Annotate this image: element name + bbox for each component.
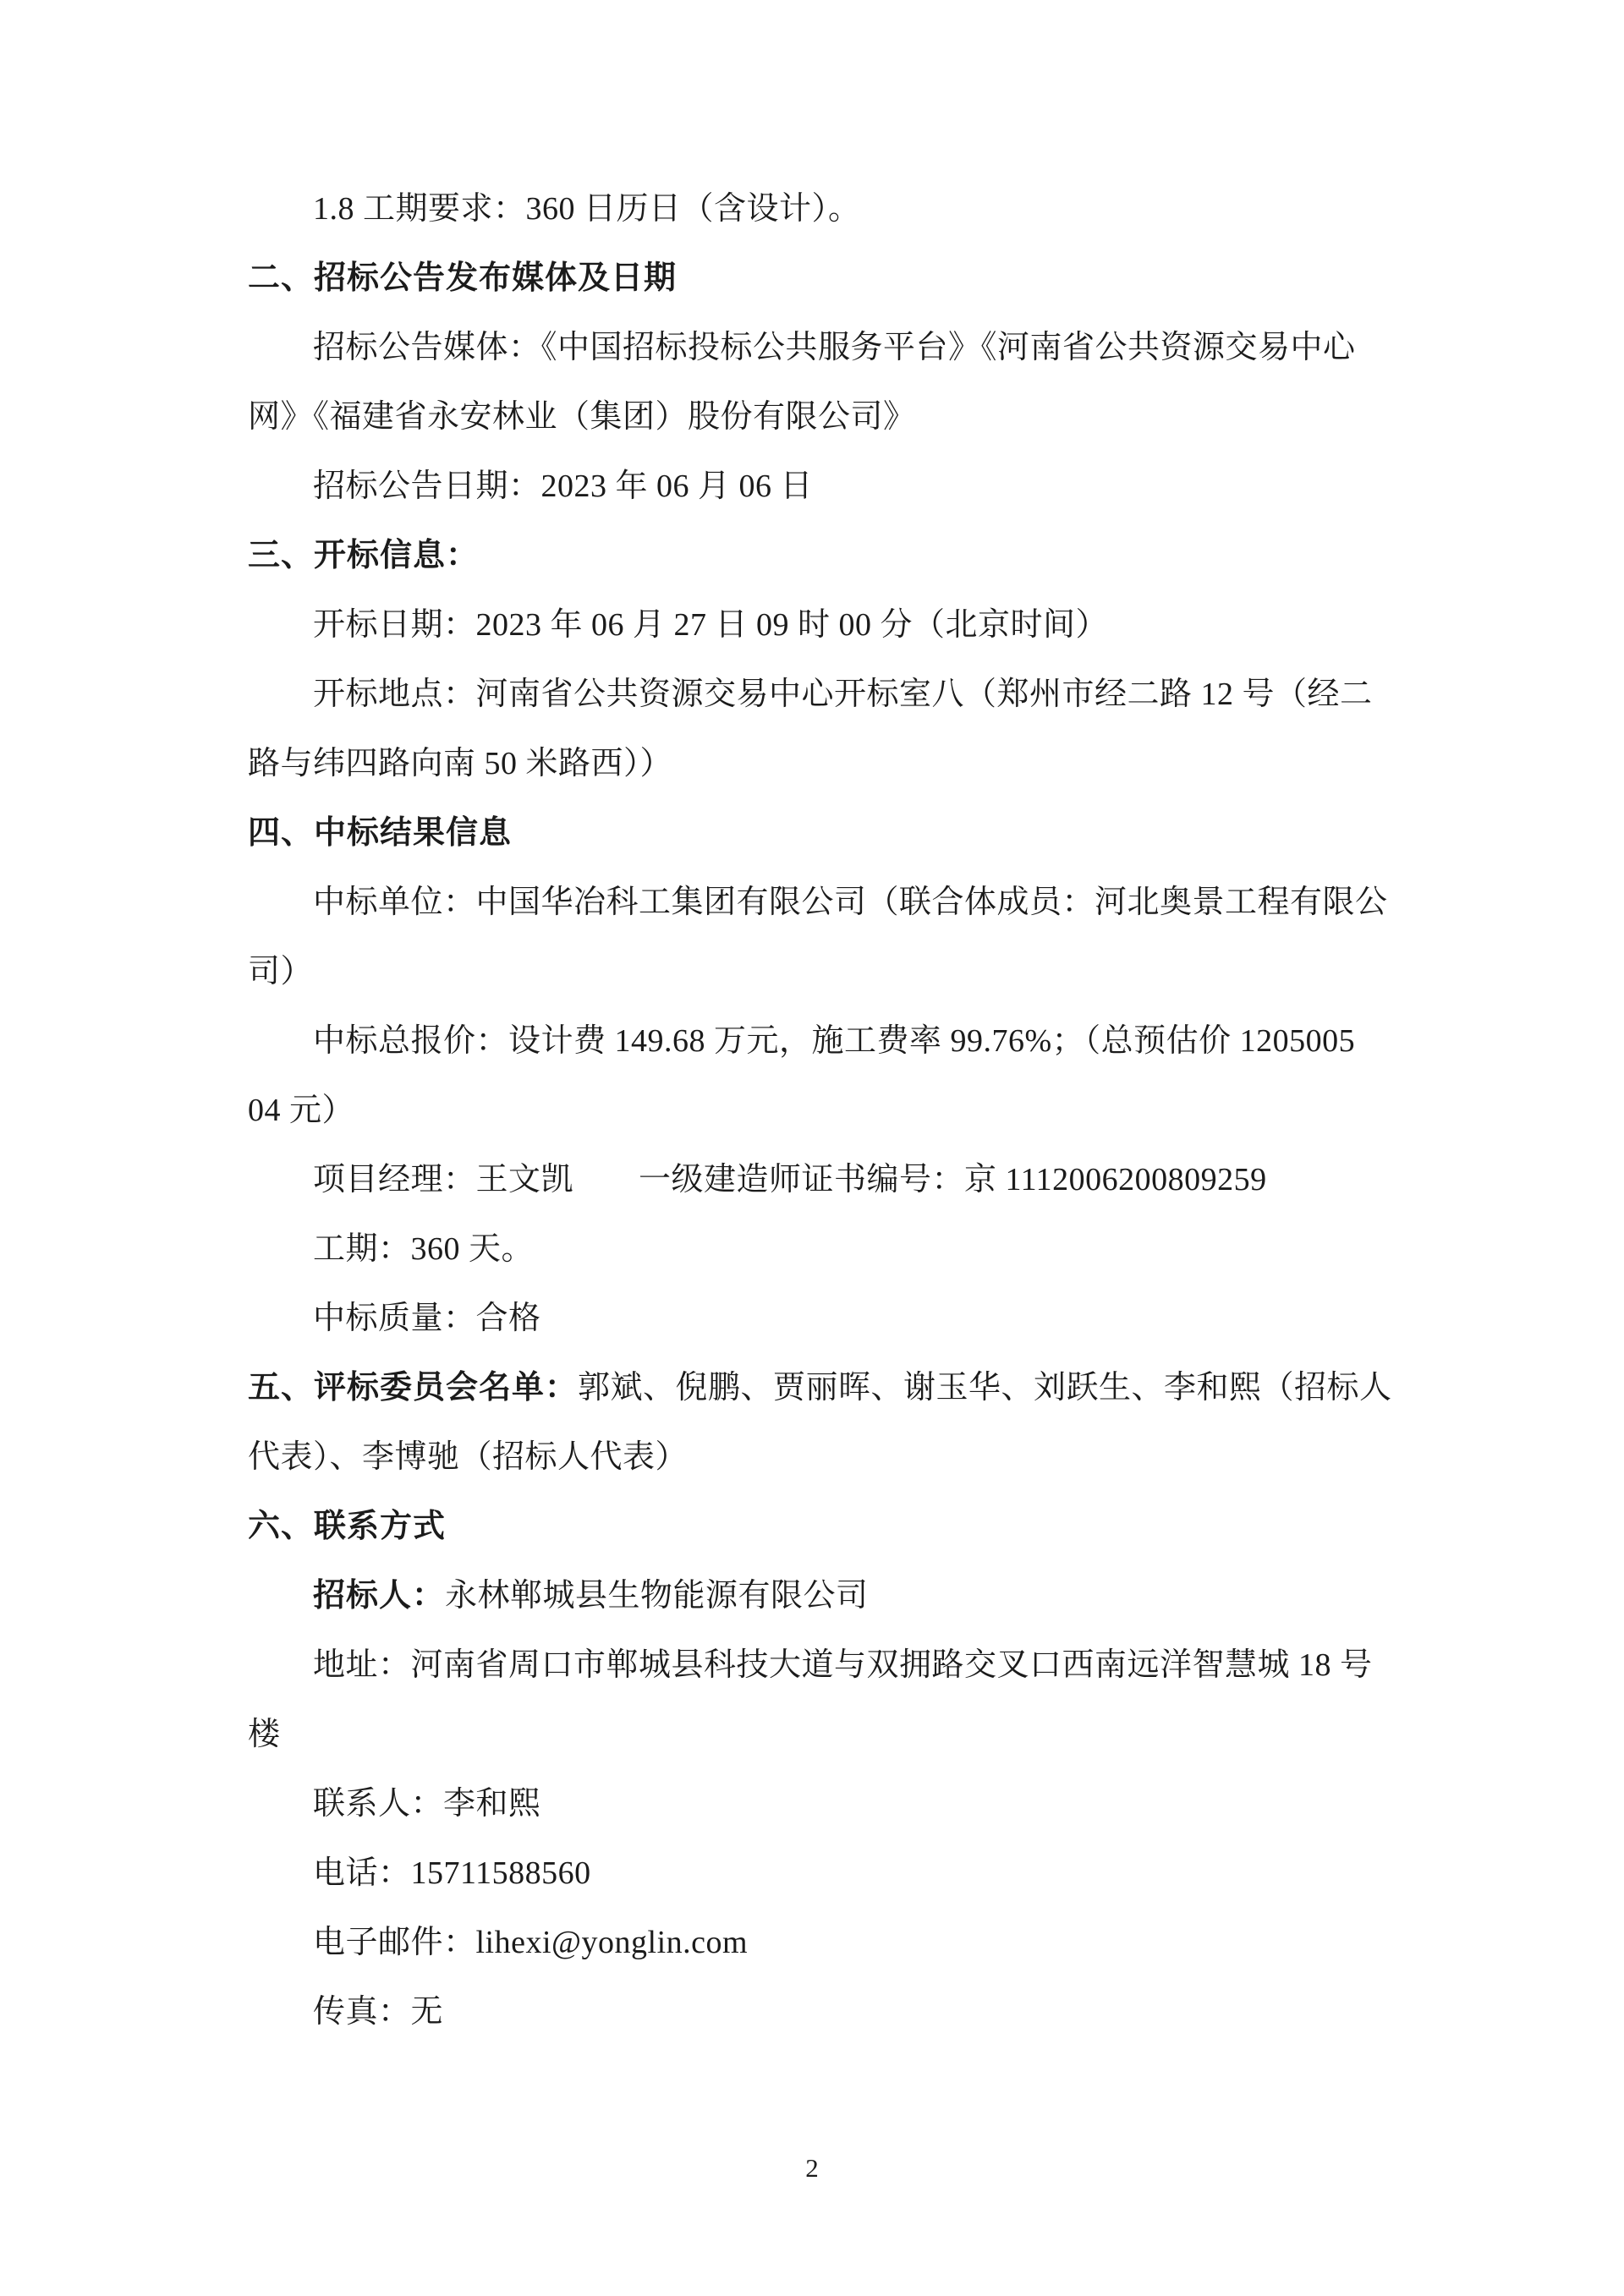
line-text: 司） [248,954,313,989]
line-text: 中标质量：合格 [313,1301,541,1336]
line-bold-text: 招标人： [313,1578,445,1614]
line-text: 项目经理：王文凯 一级建造师证书编号：京 1112006200809259 [313,1162,1267,1197]
line-bold-text: 三、开标信息： [248,538,479,573]
paragraph-quality: 中标质量：合格 [248,1284,1396,1353]
line-text: 楼 [248,1717,281,1752]
document-body: 1.8 工期要求：360 日历日（含设计）。 二、招标公告发布媒体及日期 招标公… [248,174,1396,2047]
line-bold-text: 四、中标结果信息 [248,815,512,851]
section-heading-6: 六、联系方式 [248,1492,1396,1561]
paragraph-tenderer: 招标人：永林郸城县生物能源有限公司 [248,1561,1396,1630]
line-text: 传真：无 [313,1994,443,2030]
paragraph-committee-cont: 代表）、李博驰（招标人代表） [248,1422,1396,1492]
paragraph-fax: 传真：无 [248,1977,1396,2047]
line-text: 电话：15711588560 [313,1855,591,1891]
line-bold-text: 五、评标委员会名单： [248,1370,578,1406]
line-text: 代表）、李博驰（招标人代表） [248,1439,688,1475]
line-text: 联系人：李和熙 [313,1786,541,1822]
paragraph-bid-opening-date: 开标日期：2023 年 06 月 27 日 09 时 00 分（北京时间） [248,590,1396,660]
line-text: 工期：360 天。 [313,1231,534,1267]
line-text: 路与纬四路向南 50 米路西）） [248,746,672,781]
paragraph-project-manager: 项目经理：王文凯 一级建造师证书编号：京 1112006200809259 [248,1145,1396,1214]
line-text: 网》《福建省永安林业（集团）股份有限公司》 [248,399,916,435]
paragraph-address: 地址：河南省周口市郸城县科技大道与双拥路交叉口西南远洋智慧城 18 号 [248,1630,1396,1700]
paragraph-bid-opening-place: 开标地点：河南省公共资源交易中心开标室八（郑州市经二路 12 号（经二 [248,660,1396,729]
line-text: 开标地点：河南省公共资源交易中心开标室八（郑州市经二路 12 号（经二 [313,677,1373,712]
section-heading-3: 三、开标信息： [248,521,1396,590]
paragraph-announcement-media: 招标公告媒体：《中国招标投标公共服务平台》《河南省公共资源交易中心 [248,313,1396,382]
page-number: 2 [0,2151,1624,2185]
paragraph-duration: 工期：360 天。 [248,1214,1396,1284]
paragraph-announcement-media-cont: 网》《福建省永安林业（集团）股份有限公司》 [248,382,1396,452]
section-heading-2: 二、招标公告发布媒体及日期 [248,244,1396,313]
line-text: 中标单位：中国华冶科工集团有限公司（联合体成员：河北奥景工程有限公 [313,885,1388,920]
paragraph-winning-price-cont: 04 元） [248,1076,1396,1145]
line-text: 电子邮件：lihexi@yonglin.com [313,1925,748,1960]
paragraph-bid-opening-place-cont: 路与纬四路向南 50 米路西）） [248,729,1396,798]
line-text: 中标总报价：设计费 149.68 万元，施工费率 99.76%；（总预估价 12… [313,1023,1355,1059]
section-heading-4: 四、中标结果信息 [248,798,1396,868]
paragraph-winning-bidder: 中标单位：中国华冶科工集团有限公司（联合体成员：河北奥景工程有限公 [248,868,1396,937]
line-text: 04 元） [248,1093,354,1128]
line-text: 郭斌、倪鹏、贾丽晖、谢玉华、刘跃生、李和熙（招标人 [578,1370,1392,1406]
paragraph-winning-bidder-cont: 司） [248,937,1396,1006]
line-text: 地址：河南省周口市郸城县科技大道与双拥路交叉口西南远洋智慧城 18 号 [313,1647,1373,1683]
paragraph-address-cont: 楼 [248,1700,1396,1769]
line-bold-text: 六、联系方式 [248,1509,446,1544]
paragraph-email: 电子邮件：lihexi@yonglin.com [248,1908,1396,1977]
paragraph-duration-requirement: 1.8 工期要求：360 日历日（含设计）。 [248,174,1396,244]
paragraph-phone: 电话：15711588560 [248,1838,1396,1908]
line-bold-text: 二、招标公告发布媒体及日期 [248,260,677,296]
line-text: 开标日期：2023 年 06 月 27 日 09 时 00 分（北京时间） [313,607,1108,643]
paragraph-contact-person: 联系人：李和熙 [248,1769,1396,1838]
paragraph-announcement-date: 招标公告日期：2023 年 06 月 06 日 [248,452,1396,521]
line-text: 1.8 工期要求：360 日历日（含设计）。 [313,191,861,227]
section-heading-5-evaluation-committee: 五、评标委员会名单：郭斌、倪鹏、贾丽晖、谢玉华、刘跃生、李和熙（招标人 [248,1353,1396,1422]
line-text: 永林郸城县生物能源有限公司 [445,1578,869,1614]
line-text: 招标公告日期：2023 年 06 月 06 日 [313,469,813,504]
paragraph-winning-price: 中标总报价：设计费 149.68 万元，施工费率 99.76%；（总预估价 12… [248,1006,1396,1076]
line-text: 招标公告媒体：《中国招标投标公共服务平台》《河南省公共资源交易中心 [313,330,1356,365]
document-page: 1.8 工期要求：360 日历日（含设计）。 二、招标公告发布媒体及日期 招标公… [0,0,1624,2296]
